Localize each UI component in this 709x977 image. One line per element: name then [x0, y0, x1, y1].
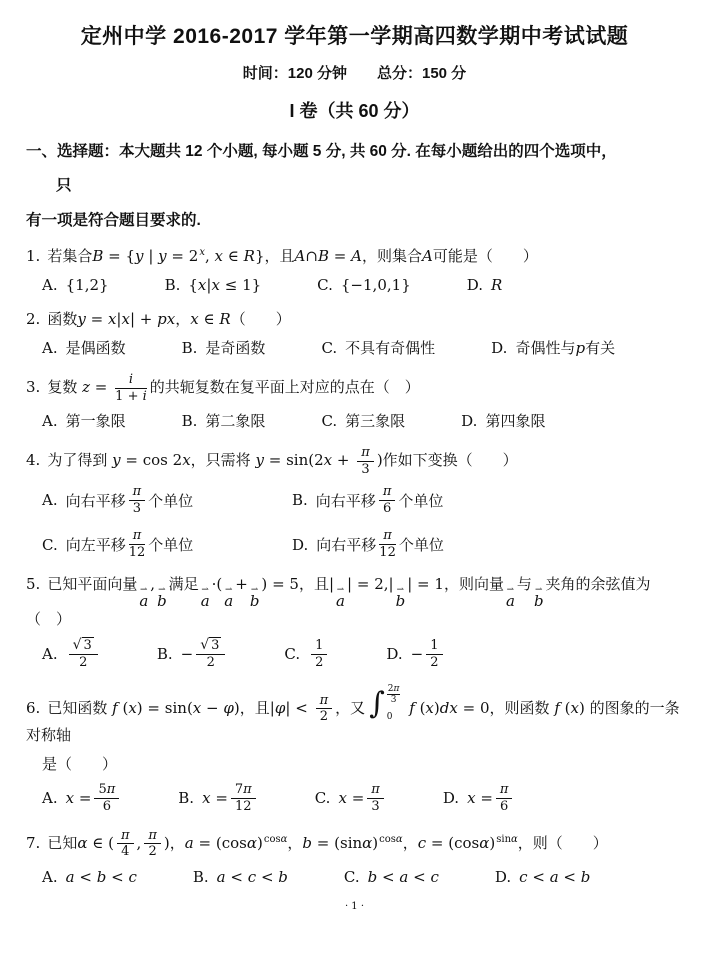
- option-d: D.奇偶性与 p 有关: [491, 338, 615, 359]
- option-d: D.x = π6: [443, 782, 516, 814]
- fraction: π3: [129, 484, 146, 516]
- question-1: 1.若集合B = {y | y = 2x, x ∈ R}，且A∩B = A，则集…: [26, 246, 683, 296]
- text-segment: 向右平移: [316, 534, 376, 555]
- option-label: D.: [386, 644, 402, 665]
- math-text: x =: [202, 788, 228, 809]
- text-segment: 复数: [47, 379, 77, 396]
- vector-symbol: ⇀b: [157, 587, 167, 609]
- options-row: A.{1,2}B.{x|x ≤ 1}C.{−1,0,1}D.R: [26, 275, 683, 296]
- option-label: D.: [461, 411, 477, 432]
- integral-icon: ∫: [369, 689, 385, 719]
- option-label: D.: [495, 867, 511, 888]
- fraction: π3: [357, 445, 374, 477]
- question-stem: 2.函数y = x|x| + px，x ∈ R（ ）: [26, 309, 683, 331]
- options-row: A.向右平移π3个单位B.向右平移π6个单位C.向左平移π12个单位D.向右平移…: [26, 484, 683, 560]
- fraction: √32: [196, 637, 225, 670]
- vector-symbol: ⇀a: [201, 587, 210, 609]
- fraction: 12: [426, 638, 442, 670]
- text-segment: ，则函数: [490, 700, 550, 717]
- fraction: 12: [311, 638, 327, 670]
- option-label: A.: [42, 411, 58, 432]
- text-segment: 第一象限: [66, 411, 126, 432]
- option-label: A.: [42, 338, 58, 359]
- text-segment: ，: [175, 311, 190, 328]
- option-b: B.第二象限: [182, 411, 266, 432]
- math-text: A∩B = A: [295, 247, 362, 265]
- vector-symbol: ⇀a: [224, 587, 233, 609]
- math-text: ·(: [212, 575, 223, 593]
- text-segment: ，且: [240, 700, 270, 717]
- text-segment: 个单位: [399, 534, 444, 555]
- text-segment: （ ）: [231, 311, 291, 328]
- option-b: B.是奇函数: [182, 338, 266, 359]
- option-a: A.a < b < c: [42, 867, 137, 888]
- option-label: C.: [42, 536, 58, 554]
- text-segment: 向右平移: [66, 490, 126, 511]
- text-segment: 个单位: [148, 490, 193, 511]
- section-heading: I 卷（共 60 分）: [26, 97, 683, 123]
- question-stem-continued: 是（ ）: [26, 754, 683, 776]
- text-segment: ，则集合: [362, 248, 422, 265]
- text-segment: 向左平移: [66, 534, 126, 555]
- question-number: 2.: [26, 310, 40, 328]
- option-c: C.向左平移π12个单位: [42, 528, 292, 560]
- math-text: x ∈ R: [190, 310, 230, 328]
- math-text: f (x)dx = 0: [404, 699, 489, 717]
- text-segment: 已知: [47, 835, 77, 852]
- math-text: −: [411, 644, 424, 665]
- option-label: B.: [292, 491, 308, 509]
- fraction: 5π6: [94, 782, 119, 814]
- math-text: a < c < b: [217, 867, 288, 888]
- text-segment: 个单位: [148, 534, 193, 555]
- question-stem: 5.已知平面向量⇀a,⇀b满足⇀a·(⇀a+⇀b) = 5，且|⇀a| = 2,…: [26, 574, 683, 631]
- fraction: i1 + i: [115, 372, 147, 404]
- text-segment: 的共轭复数在复平面上对应的点在（ ）: [150, 379, 420, 396]
- option-a: A.√32: [42, 637, 101, 670]
- option-label: C.: [344, 867, 360, 888]
- question-stem: 6.已知函数 f (x) = sin(x − φ)，且|φ| < π2，又∫2π…: [26, 684, 683, 747]
- option-label: B.: [157, 644, 173, 665]
- vector-symbol: ⇀a: [139, 587, 148, 609]
- sqrt-expression: √3: [73, 637, 94, 654]
- question-4: 4.为了得到 y = cos 2x，只需将 y = sin(2x + π3)作如…: [26, 445, 683, 561]
- math-text: p: [575, 338, 585, 359]
- text-segment: ，: [170, 835, 185, 852]
- option-a: A.是偶函数: [42, 338, 126, 359]
- fraction: π6: [496, 782, 513, 814]
- math-text: f (x): [550, 699, 590, 717]
- option-label: B.: [182, 338, 198, 359]
- options-row: A.a < b < cB.a < c < bC.b < a < cD.c < a…: [26, 867, 683, 888]
- question-number: 5.: [26, 575, 40, 593]
- option-label: C.: [315, 788, 331, 809]
- option-label: A.: [42, 788, 58, 809]
- option-label: A.: [42, 867, 58, 888]
- vector-symbol: ⇀b: [250, 587, 260, 609]
- intro-line-3: 有一项是符合题目要求的.: [26, 210, 683, 232]
- fraction: π12: [129, 528, 146, 560]
- question-number: 1.: [26, 247, 40, 265]
- option-label: B.: [165, 275, 181, 296]
- option-label: B.: [182, 411, 198, 432]
- fraction: π12: [379, 528, 396, 560]
- text-segment: 已知函数: [47, 700, 107, 717]
- question-number: 4.: [26, 451, 40, 469]
- math-text: y = sin(2x +: [251, 451, 355, 469]
- math-text: x =: [338, 788, 364, 809]
- fraction: π4: [117, 828, 134, 860]
- text-segment: 为了得到: [47, 452, 107, 469]
- fraction: π6: [379, 484, 396, 516]
- option-label: D.: [467, 275, 483, 296]
- choice-section-intro: 一、选择题：本大题共 12 个小题, 每小题 5 分, 共 60 分. 在每小题…: [26, 141, 683, 232]
- question-number: 7.: [26, 834, 40, 852]
- question-7: 7.已知α ∈ (π4,π2)，a = (cosα)cosα，b = (sinα…: [26, 828, 683, 888]
- question-6: 6.已知函数 f (x) = sin(x − φ)，且|φ| < π2，又∫2π…: [26, 684, 683, 815]
- math-text: f (x) = sin(x − φ): [107, 699, 239, 717]
- text-segment: 若集合: [47, 248, 92, 265]
- option-label: C.: [321, 338, 337, 359]
- text-segment: ，则向量: [444, 576, 504, 593]
- option-label: B.: [193, 867, 209, 888]
- fraction: π2: [316, 693, 333, 725]
- text-segment: 奇偶性与: [515, 338, 575, 359]
- math-text: ,: [137, 834, 142, 852]
- radical-icon: √: [73, 637, 82, 654]
- power-expression: (sinα)cosα: [334, 834, 403, 852]
- text-segment: ，: [403, 835, 418, 852]
- option-d: D.向右平移π12个单位: [292, 528, 542, 560]
- option-d: D.−12: [386, 638, 445, 670]
- math-text: {1,2}: [66, 275, 109, 296]
- text-segment: 第二象限: [205, 411, 265, 432]
- option-c: C.{−1,0,1}: [317, 275, 411, 296]
- math-text: −: [181, 644, 194, 665]
- intro-line-2: 只: [26, 175, 683, 197]
- math-text: ) = 5: [261, 575, 299, 593]
- question-5: 5.已知平面向量⇀a,⇀b满足⇀a·(⇀a+⇀b) = 5，且|⇀a| = 2,…: [26, 574, 683, 671]
- vector-symbol: ⇀b: [396, 587, 406, 609]
- option-c: C.x = π3: [315, 782, 387, 814]
- option-label: C.: [317, 275, 333, 296]
- text-segment: ，且: [265, 248, 295, 265]
- option-label: A.: [42, 644, 58, 665]
- option-b: B.−√32: [157, 637, 229, 670]
- math-text: c =: [418, 834, 449, 852]
- option-b: B.向右平移π6个单位: [292, 484, 542, 516]
- math-text: y = cos 2x: [107, 451, 190, 469]
- math-text: B = {y | y =: [92, 247, 188, 265]
- option-a: A.第一象限: [42, 411, 126, 432]
- question-number: 6.: [26, 699, 40, 717]
- text-segment: 是（ ）: [42, 756, 117, 773]
- option-label: C.: [321, 411, 337, 432]
- option-label: D.: [443, 788, 459, 809]
- math-text: {x|x ≤ 1}: [188, 275, 261, 296]
- power-expression: (cosα)sinα: [448, 834, 518, 852]
- math-text: x =: [66, 788, 92, 809]
- fraction: √32: [69, 637, 98, 670]
- math-text: A: [422, 247, 433, 265]
- fraction: π3: [367, 782, 384, 814]
- question-list: 1.若集合B = {y | y = 2x, x ∈ R}，且A∩B = A，则集…: [26, 246, 683, 887]
- math-text: |: [329, 575, 334, 593]
- text-segment: 可能是（ ）: [433, 248, 538, 265]
- vector-symbol: ⇀b: [534, 587, 544, 609]
- math-text: R: [491, 275, 502, 296]
- power-expression: 2x: [189, 247, 205, 265]
- option-a: A.{1,2}: [42, 275, 109, 296]
- question-number: 3.: [26, 378, 40, 396]
- question-stem: 3.复数 z = i1 + i的共轭复数在复平面上对应的点在（ ）: [26, 372, 683, 404]
- math-text: a < b < c: [66, 867, 137, 888]
- text-segment: ，: [287, 835, 302, 852]
- option-c: C.第三象限: [321, 411, 405, 432]
- math-text: ,: [150, 575, 155, 593]
- text-segment: 满足: [169, 576, 199, 593]
- math-text: z =: [77, 378, 112, 396]
- option-c: C.b < a < c: [344, 867, 439, 888]
- question-stem: 7.已知α ∈ (π4,π2)，a = (cosα)cosα，b = (sinα…: [26, 828, 683, 860]
- math-text: a =: [185, 834, 216, 852]
- option-label: D.: [292, 536, 308, 554]
- option-c: C.12: [284, 638, 330, 670]
- text-segment: 有关: [585, 338, 615, 359]
- option-label: A.: [42, 491, 58, 509]
- text-segment: 不具有奇偶性: [345, 338, 435, 359]
- question-3: 3.复数 z = i1 + i的共轭复数在复平面上对应的点在（ ）A.第一象限B…: [26, 372, 683, 432]
- math-text: c < a < b: [519, 867, 590, 888]
- power-expression: (cosα)cosα: [216, 834, 288, 852]
- exam-time-score: 时间：120 分钟 总分：150 分: [26, 62, 683, 83]
- math-text: | = 1: [407, 575, 444, 593]
- option-b: B.{x|x ≤ 1}: [165, 275, 262, 296]
- fraction: 7π12: [231, 782, 256, 814]
- math-text: b =: [302, 834, 334, 852]
- intro-line-1: 一、选择题：本大题共 12 个小题, 每小题 5 分, 共 60 分. 在每小题…: [26, 141, 683, 163]
- math-text: {−1,0,1}: [341, 275, 411, 296]
- exam-title: 定州中学 2016-2017 学年第一学期高四数学期中考试试题: [26, 20, 683, 50]
- text-segment: 作如下变换（ ）: [383, 452, 518, 469]
- text-segment: ，则（ ）: [518, 835, 608, 852]
- option-label: B.: [178, 788, 194, 809]
- text-segment: 是偶函数: [66, 338, 126, 359]
- text-segment: 与: [517, 576, 532, 593]
- math-text: +: [235, 575, 248, 593]
- options-row: A.是偶函数B.是奇函数C.不具有奇偶性D.奇偶性与 p 有关: [26, 338, 683, 359]
- fraction: π2: [144, 828, 161, 860]
- options-row: A.x = 5π6B.x = 7π12C.x = π3D.x = π6: [26, 782, 683, 814]
- question-2: 2.函数y = x|x| + px，x ∈ R（ ）A.是偶函数B.是奇函数C.…: [26, 309, 683, 359]
- text-segment: 是奇函数: [205, 338, 265, 359]
- text-segment: 第四象限: [485, 411, 545, 432]
- option-d: D.第四象限: [461, 411, 545, 432]
- math-text: b < a < c: [368, 867, 439, 888]
- option-b: B.a < c < b: [193, 867, 288, 888]
- options-row: A.√32B.−√32C.12D.−12: [26, 637, 683, 670]
- text-segment: ，只需将: [191, 452, 251, 469]
- math-text: α ∈ (: [77, 834, 114, 852]
- option-d: D.c < a < b: [495, 867, 591, 888]
- options-row: A.第一象限B.第二象限C.第三象限D.第四象限: [26, 411, 683, 432]
- option-label: D.: [491, 338, 507, 359]
- text-segment: 第三象限: [345, 411, 405, 432]
- text-segment: 已知平面向量: [47, 576, 137, 593]
- question-stem: 4.为了得到 y = cos 2x，只需将 y = sin(2x + π3)作如…: [26, 445, 683, 477]
- vector-symbol: ⇀a: [506, 587, 515, 609]
- option-label: A.: [42, 275, 58, 296]
- math-text: | = 2,|: [347, 575, 394, 593]
- sqrt-expression: √3: [200, 637, 221, 654]
- page-number: · 1 ·: [26, 901, 683, 912]
- integral-expression: ∫2π30: [369, 684, 400, 724]
- radical-icon: √: [200, 637, 209, 654]
- text-segment: 函数: [47, 311, 77, 328]
- option-b: B.x = 7π12: [178, 782, 258, 814]
- option-a: A.向右平移π3个单位: [42, 484, 292, 516]
- vector-symbol: ⇀a: [336, 587, 345, 609]
- text-segment: 个单位: [398, 490, 443, 511]
- option-label: C.: [284, 644, 300, 665]
- text-segment: ，且: [299, 576, 329, 593]
- text-segment: ，又: [335, 700, 365, 717]
- text-segment: 向右平移: [316, 490, 376, 511]
- math-text: x =: [467, 788, 493, 809]
- question-stem: 1.若集合B = {y | y = 2x, x ∈ R}，且A∩B = A，则集…: [26, 246, 683, 268]
- math-text: |φ| <: [270, 699, 313, 717]
- option-d: D.R: [467, 275, 503, 296]
- option-a: A.x = 5π6: [42, 782, 122, 814]
- math-text: y = x|x| + px: [77, 310, 175, 328]
- math-text: , x ∈ R}: [205, 247, 265, 265]
- option-c: C.不具有奇偶性: [321, 338, 435, 359]
